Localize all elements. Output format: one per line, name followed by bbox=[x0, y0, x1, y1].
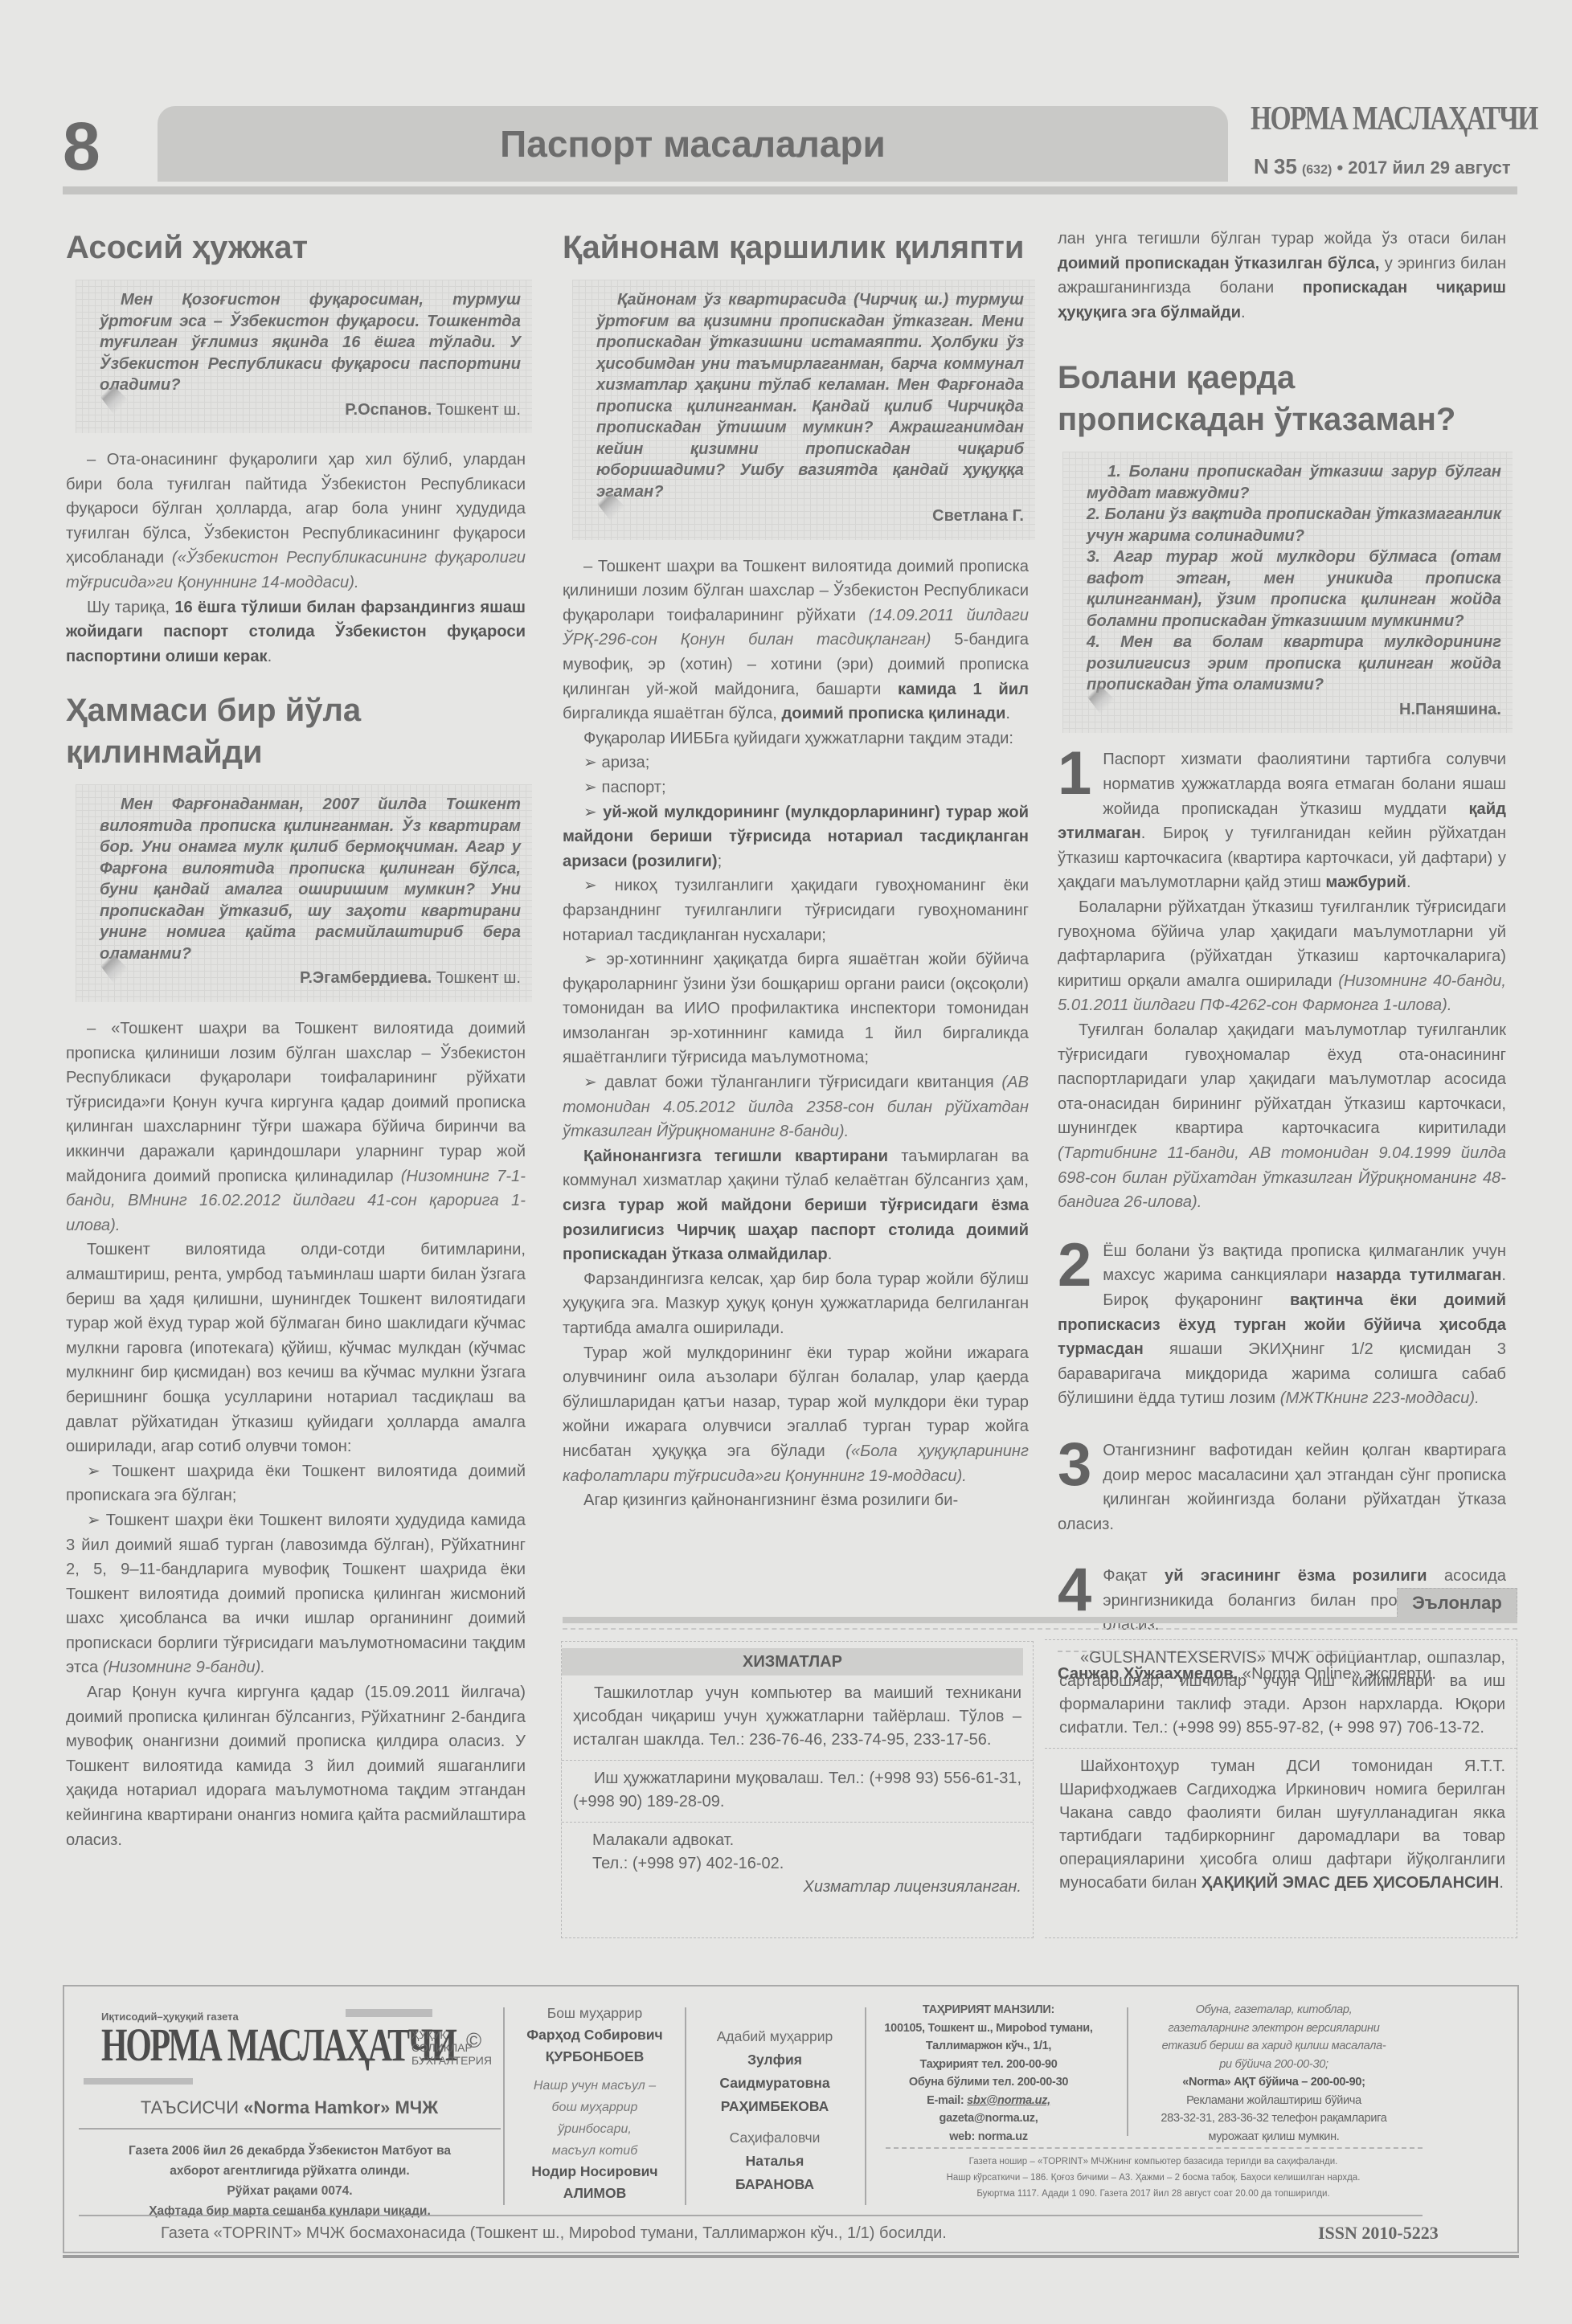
answer-number: 2 bbox=[1058, 1241, 1091, 1291]
divider bbox=[79, 2128, 501, 2130]
law-reference: (Тартибнинг 11-банди, АВ томонидан 9.04.… bbox=[1058, 1144, 1506, 1211]
divider bbox=[865, 2007, 866, 2205]
phone-line: Таҳририят тел. 200-00-90 bbox=[868, 2056, 1109, 2074]
bullet-item: никоҳ тузилганлиги ҳақидаги гувоҳноманин… bbox=[563, 874, 1029, 947]
article-mother-in-law: Қайнонам қаршилик қиляпти Қайнонам ўз кв… bbox=[563, 227, 1029, 1513]
founder-name: «Norma Hamkor» МЧЖ bbox=[244, 2097, 438, 2117]
chief-editor-block: Бош муҳаррир Фарҳод Собирович ҚУРБОНБОЕВ… bbox=[514, 2003, 675, 2204]
person-name: Саидмуратовна bbox=[719, 2075, 829, 2091]
answer-paragraph: Туғилган болалар ҳақидаги маълумотлар ту… bbox=[1058, 1018, 1506, 1215]
logo-title: НОРМА МАСЛАҲАТЧИ bbox=[101, 2023, 402, 2068]
email-link[interactable]: sbx@norma.uz, bbox=[967, 2094, 1050, 2107]
answer-text: – «Тошкент шаҳри ва Тошкент вилоятида до… bbox=[66, 1020, 526, 1185]
ad-text: Ташкилотлар учун компьютер ва маиший тех… bbox=[573, 1682, 1021, 1752]
bold-text: доимий пропискадан ўтказилган бўлса, bbox=[1058, 255, 1380, 272]
person-surname: АЛИМОВ bbox=[563, 2185, 627, 2201]
bullet-item: уй-жой мулкдорининг (мулкдорларининг) ту… bbox=[563, 800, 1029, 874]
question-signature: Н.Паняшина. bbox=[1087, 698, 1501, 722]
divider bbox=[886, 2147, 1423, 2149]
answer-3: 3 Отангизнинг вафотидан кейин қолган ква… bbox=[1058, 1438, 1506, 1536]
bold-text: назарда тутилмаган bbox=[1336, 1266, 1501, 1284]
article-title: Қайнонам қаршилик қиляпти bbox=[563, 227, 1029, 268]
announcements-dashed-rule bbox=[563, 1628, 1517, 1630]
advertising-line: 283-32-31, 283-36-32 телефон рақамларига bbox=[1125, 2109, 1423, 2128]
answer-paragraph: Агар қизингиз қайнонангизнинг ёзма розил… bbox=[563, 1488, 1029, 1513]
service-ad: Малакали адвокат. Тел.: (+998 97) 402-16… bbox=[562, 1823, 1033, 1907]
conclusion-paragraph: Шу тариқа, 16 ёшга тўлиши билан фарзанди… bbox=[66, 595, 526, 669]
registration-line: Ҳафтада бир марта сешанба кунлари чиқади… bbox=[79, 2201, 501, 2221]
phone-line: Обуна бўлими тел. 200-00-30 bbox=[868, 2073, 1109, 2092]
reader-question-box: 1. Болани пропискадан ўтказиш зарур бўлг… bbox=[1062, 452, 1513, 733]
law-reference: (Низомнинг 9-банди). bbox=[103, 1659, 265, 1676]
reader-question-box: Мен Фарғонаданман, 2007 йилда Тошкент ви… bbox=[76, 784, 532, 1002]
email-label: E-mail: bbox=[927, 2094, 967, 2107]
role-label: ўринбосари, bbox=[558, 2122, 632, 2136]
question-author: Н.Паняшина. bbox=[1399, 701, 1501, 718]
issue-number: 35 bbox=[1274, 154, 1297, 178]
question-author: Р.Эгамбердиева. bbox=[300, 969, 432, 987]
answer-2: 2 Ёш болани ўз вақтида прописка қилмаган… bbox=[1058, 1239, 1506, 1411]
article-main-document: Асосий ҳужжат Мен Қозоғистон фуқаросиман… bbox=[66, 227, 526, 669]
reader-question: Қайнонам ўз квартирасида (Чирчиқ ш.) тур… bbox=[596, 289, 1024, 502]
article-child-registration: Болани қаерда пропискадан ўтказаман? 1. … bbox=[1058, 357, 1506, 1686]
answer-paragraph: Ёш болани ўз вақтида прописка қилмаганли… bbox=[1058, 1239, 1506, 1411]
page-number: 8 bbox=[63, 113, 100, 180]
answer-text: . bbox=[828, 1246, 833, 1263]
bold-text: уй эгасининг ёзма розилиги bbox=[1165, 1567, 1427, 1585]
answer-text: Фақат bbox=[1103, 1567, 1165, 1585]
ad-text: Иш ҳужжатларини муқовалаш. Тел.: (+998 9… bbox=[573, 1767, 1021, 1814]
reader-question-box: Мен Қозоғистон фуқаросиман, турмуш ўртоғ… bbox=[76, 280, 532, 433]
role-label: Нашр учун масъул – bbox=[534, 2079, 656, 2093]
reader-question: Мен Фарғонаданман, 2007 йилда Тошкент ви… bbox=[100, 794, 521, 964]
announcements-rule bbox=[563, 1617, 1517, 1623]
section-banner: Паспорт масалалари bbox=[158, 106, 1228, 182]
article-title: Болани қаерда пропискадан ўтказаман? bbox=[1058, 357, 1506, 440]
answer-paragraph: Болаларни рўйхатдан ўтказиш туғилганлик … bbox=[1058, 895, 1506, 1018]
print-detail-line: Буюртма 1117. Адади 1 090. Газета 2017 й… bbox=[876, 2186, 1431, 2202]
role-label: масъул котиб bbox=[552, 2144, 637, 2158]
answer-paragraph: – «Тошкент шаҳри ва Тошкент вилоятида до… bbox=[66, 1017, 526, 1238]
conclusion-lead: Шу тариқа, bbox=[87, 599, 174, 616]
print-detail-line: Нашр кўрсаткичи – 186. Қоғоз бичими – А3… bbox=[876, 2170, 1431, 2186]
person-name: Зулфия bbox=[747, 2052, 802, 2068]
subscription-phone: «Norma» АҚТ бўйича – 200-00-90; bbox=[1182, 2076, 1365, 2089]
copyright-icon: © bbox=[466, 2028, 481, 2053]
answer-text: . bbox=[1241, 304, 1246, 321]
imprint-box: Иқтисодий–ҳуқуқий газета НОРМА МАСЛАҲАТЧ… bbox=[63, 1985, 1519, 2253]
answer-number: 1 bbox=[1058, 749, 1091, 799]
section-title: Паспорт масалалари bbox=[500, 122, 886, 166]
divider bbox=[79, 2215, 1423, 2216]
answer-text: . bbox=[1005, 705, 1010, 722]
question-signature: Р.Оспанов. Тошкент ш. bbox=[100, 398, 521, 423]
article-title: Ҳаммаси бир йўла қилинмайди bbox=[66, 689, 526, 773]
answer-paragraph: Қайнонангизга тегишли квартирани таъмирл… bbox=[563, 1144, 1029, 1267]
answer-text: лан унга тегишли бўлган турар жойда ўз о… bbox=[1058, 230, 1506, 248]
article-title: Асосий ҳужжат bbox=[66, 227, 526, 268]
ad-text: . bbox=[1499, 1874, 1504, 1892]
question-signature: Светлана Г. bbox=[596, 504, 1024, 529]
answer-text: . bbox=[1406, 874, 1411, 891]
logo-decor-strip bbox=[84, 2078, 193, 2085]
person-name: Наталья bbox=[746, 2153, 804, 2169]
role-label: бош муҳаррир bbox=[552, 2101, 638, 2114]
bold-text: мажбурий bbox=[1325, 874, 1406, 891]
subscription-line: Обуна, газеталар, китоблар, bbox=[1196, 2003, 1353, 2016]
ad-text: Шайхонтоҳур туман ДСИ томонидан Я.Т.Т. Ш… bbox=[1059, 1757, 1505, 1892]
reader-questions: 1. Болани пропискадан ўтказиш зарур бўлг… bbox=[1087, 461, 1501, 696]
reader-question-box: Қайнонам ўз квартирасида (Чирчиқ ш.) тур… bbox=[572, 280, 1035, 540]
question-author: Р.Оспанов. bbox=[345, 401, 432, 419]
registration-line: ахборот агентлигида рўйхатга олинди. bbox=[79, 2161, 501, 2181]
service-ad: Иш ҳужжатларини муқовалаш. Тел.: (+998 9… bbox=[562, 1761, 1033, 1823]
classified-ad: Шайхонтоҳур туман ДСИ томонидан Я.Т.Т. Ш… bbox=[1045, 1749, 1517, 1903]
issue-total: (632) bbox=[1302, 163, 1332, 177]
answer-paragraph: Агар Қонун кучга киргунга қадар (15.09.2… bbox=[66, 1680, 526, 1852]
answer-paragraph: Фарзандингизга келсак, ҳар бир бола тура… bbox=[563, 1267, 1029, 1341]
bullet-item: паспорт; bbox=[563, 775, 1029, 800]
subscription-line: етказиб бериш ва харид қилиш масалала- bbox=[1162, 2040, 1386, 2052]
registration-line: Газета 2006 йил 26 декабрда Ўзбекистон М… bbox=[79, 2141, 501, 2161]
header-rule bbox=[63, 186, 1517, 194]
column-3: лан унга тегишли бўлган турар жойда ўз о… bbox=[1058, 227, 1506, 1687]
founder-line: ТАЪСИСЧИ «Norma Hamkor» МЧЖ bbox=[80, 2097, 498, 2118]
advertising-line: мурожаат қилиш мумкин. bbox=[1125, 2128, 1423, 2146]
bullet-text: ; bbox=[718, 853, 723, 870]
classified-ad: «GULSHANTEXSERVIS» МЧЖ официантлар, ошпа… bbox=[1045, 1640, 1517, 1749]
registration-info: Газета 2006 йил 26 декабрда Ўзбекистон М… bbox=[79, 2141, 501, 2221]
newspaper-masthead: НОРМА МАСЛАҲАТЧИ bbox=[1251, 100, 1537, 138]
question-place: Тошкент ш. bbox=[436, 969, 521, 987]
answer-text: Паспорт хизмати фаолиятини тартибга солу… bbox=[1103, 751, 1506, 817]
bullet-item: давлат божи тўланганлиги тўғрисидаги кви… bbox=[563, 1070, 1029, 1144]
bullet-text: давлат божи тўланганлиги тўғрисидаги кви… bbox=[605, 1074, 1002, 1091]
bullet-text: Тошкент шаҳри ёки Тошкент вилояти ҳудуди… bbox=[66, 1512, 526, 1677]
reader-question: Мен Қозоғистон фуқаросиман, турмуш ўртоғ… bbox=[100, 289, 521, 396]
answer-paragraph: Фуқаролар ИИББга қуйидаги ҳужжатларни та… bbox=[563, 726, 1029, 751]
ad-text: Малакали адвокат. bbox=[573, 1829, 1021, 1852]
printer-line: Газета «TOPRINT» МЧЖ босмахонасида (Тошк… bbox=[161, 2224, 1206, 2243]
address-line: 100105, Тошкент ш., Мирobod тумани, bbox=[868, 2019, 1109, 2038]
answer-paragraph: Паспорт хизмати фаолиятини тартибга солу… bbox=[1058, 747, 1506, 895]
question-place: Тошкент ш. bbox=[436, 401, 521, 419]
answer-text: Туғилган болалар ҳақидаги маълумотлар ту… bbox=[1058, 1021, 1506, 1137]
question-author: Светлана Г. bbox=[932, 507, 1024, 525]
bold-text: сизга турар жой майдони бериши тўғрисида… bbox=[563, 1197, 1029, 1263]
bullet-item: Тошкент шаҳри ёки Тошкент вилояти ҳудуди… bbox=[66, 1508, 526, 1680]
bold-text: уй-жой мулкдорининг (мулкдорларининг) ту… bbox=[563, 804, 1029, 870]
web-link[interactable]: web: norma.uz bbox=[868, 2128, 1109, 2146]
issue-n: N bbox=[1254, 154, 1269, 178]
subscription-line: ри бўйича 200-00-30; bbox=[1219, 2058, 1328, 2071]
service-ad: Ташкилотлар учун компьютер ва маиший тех… bbox=[562, 1675, 1033, 1761]
answer-1: 1 Паспорт хизмати фаолиятини тартибга со… bbox=[1058, 747, 1506, 1214]
bullet-item: ариза; bbox=[563, 751, 1029, 775]
advertising-line: Рекламани жойлаштириш бўйича bbox=[1125, 2092, 1423, 2110]
bullet-item: Тошкент шаҳрида ёки Тошкент вилоятида до… bbox=[66, 1459, 526, 1508]
logo-tag: БУХГАЛТЕРИЯ bbox=[411, 2054, 492, 2067]
answer-number: 4 bbox=[1058, 1565, 1091, 1615]
subscription-line: газеталарнинг электрон версияларини bbox=[1168, 2022, 1379, 2035]
print-details: Газета ношир – «TOPRINT» МЧЖнинг компьют… bbox=[876, 2154, 1431, 2202]
literary-editor-block: Адабий муҳаррир Зулфия Саидмуратовна РАҲ… bbox=[694, 2025, 855, 2196]
address-title: ТАҲРИРИЯТ МАНЗИЛИ: bbox=[868, 2001, 1109, 2019]
answer-paragraph: Турар жой мулкдорининг ёки турар жойни и… bbox=[563, 1341, 1029, 1489]
bold-text: доимий прописка қилинади bbox=[781, 705, 1005, 722]
column-1: Асосий ҳужжат Мен Қозоғистон фуқаросиман… bbox=[66, 227, 526, 1852]
registration-line: Рўйхат рақами 0074. bbox=[79, 2181, 501, 2201]
email-link[interactable]: gazeta@norma.uz, bbox=[868, 2109, 1109, 2128]
conclusion-end: . bbox=[268, 648, 272, 665]
imprint-bottom-rule bbox=[63, 2255, 1519, 2258]
answer-text: биргаликда яшаётган бўлса, bbox=[563, 705, 781, 722]
issue-info: N 35 (632) • 2017 йил 29 август bbox=[1254, 154, 1511, 179]
bullet-item: эр-хотиннинг ҳақиқатда бирга яшаётган жо… bbox=[563, 947, 1029, 1070]
services-header: ХИЗМАТЛАР bbox=[562, 1648, 1023, 1675]
person-name: Нодир Носирович bbox=[531, 2163, 657, 2179]
services-box: ХИЗМАТЛАР Ташкилотлар учун компьютер ва … bbox=[561, 1641, 1034, 1938]
article-not-at-once: Ҳаммаси бир йўла қилинмайди Мен Фарғонад… bbox=[66, 689, 526, 1852]
divider bbox=[685, 2007, 686, 2205]
bold-text: Қайнонангизга тегишли квартирани bbox=[583, 1148, 888, 1165]
answer-paragraph: Отангизнинг вафотидан кейин қолган кварт… bbox=[1058, 1438, 1506, 1536]
role-label: Бош муҳаррир bbox=[514, 2003, 675, 2024]
person-surname: ҚУРБОНБОЕВ bbox=[546, 2048, 645, 2064]
editorial-address: ТАҲРИРИЯТ МАНЗИЛИ: 100105, Тошкент ш., М… bbox=[868, 2001, 1109, 2146]
divider bbox=[503, 2007, 505, 2205]
continued-paragraph: лан унга тегишли бўлган турар жойда ўз о… bbox=[1058, 227, 1506, 325]
issue-separator: • bbox=[1337, 158, 1343, 178]
answer-paragraph: – Ота-онасининг фуқаролиги ҳар хил бўлиб… bbox=[66, 448, 526, 595]
person-surname: БАРАНОВА bbox=[735, 2176, 814, 2192]
question-signature: Р.Эгамбердиева. Тошкент ш. bbox=[100, 966, 521, 991]
answer-number: 3 bbox=[1058, 1440, 1091, 1490]
person-name: Фарҳод Собирович bbox=[526, 2027, 662, 2043]
answer-paragraph: – Тошкент шаҳри ва Тошкент вилоятида дои… bbox=[563, 554, 1029, 726]
role-label: Адабий муҳаррир bbox=[694, 2025, 855, 2048]
classified-ads: «GULSHANTEXSERVIS» МЧЖ официантлар, ошпа… bbox=[1045, 1639, 1517, 1938]
person-surname: РАҲИМБЕКОВА bbox=[721, 2098, 829, 2114]
issn: ISSN 2010-5223 bbox=[1318, 2223, 1439, 2244]
license-note: Хизматлар лицензияланган. bbox=[573, 1876, 1021, 1899]
ad-bold: ҲАҚИҚИЙ ЭМАС ДЕБ ҲИСОБЛАНСИН bbox=[1202, 1874, 1500, 1892]
announcements-tab: Эълонлар bbox=[1397, 1588, 1517, 1618]
column-2: Қайнонам қаршилик қиляпти Қайнонам ўз кв… bbox=[563, 227, 1029, 1513]
law-reference: (МЖТКнинг 223-моддаси). bbox=[1280, 1389, 1480, 1407]
address-line: Таллимаржон кўч., 1/1, bbox=[868, 2037, 1109, 2056]
founder-label: ТАЪСИСЧИ bbox=[141, 2097, 244, 2117]
subscription-info: Обуна, газеталар, китоблар, газеталарнин… bbox=[1125, 2001, 1423, 2146]
answer-paragraph: Тошкент вилоятида олди-сотди битимларини… bbox=[66, 1238, 526, 1459]
ad-phone: Тел.: (+998 97) 402-16-02. bbox=[573, 1852, 1021, 1876]
bold-text: камида 1 йил bbox=[898, 681, 1029, 698]
print-detail-line: Газета ношир – «TOPRINT» МЧЖнинг компьют… bbox=[876, 2154, 1431, 2170]
role-label: Саҳифаловчи bbox=[694, 2126, 855, 2150]
issue-date: 2017 йил 29 август bbox=[1348, 158, 1510, 178]
